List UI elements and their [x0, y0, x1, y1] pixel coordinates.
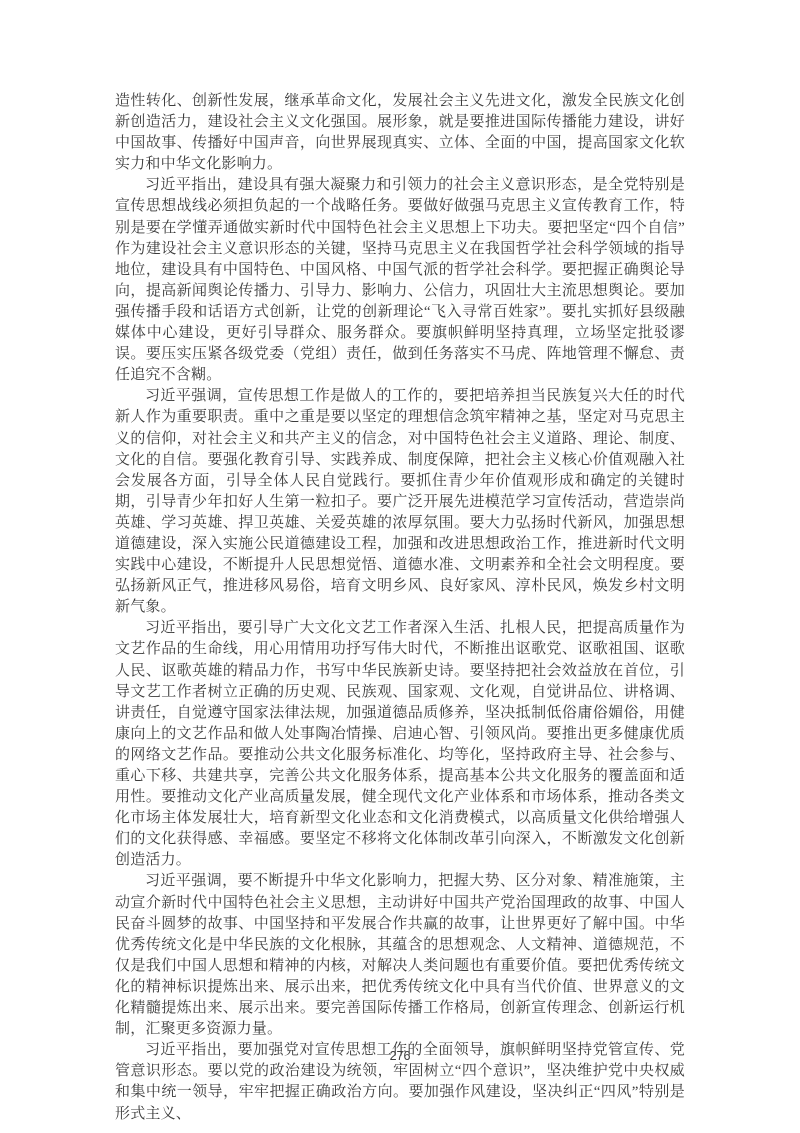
page-number: 276 [0, 1049, 800, 1063]
paragraph: 习近平指出，建设具有强大凝聚力和引领力的社会主义意识形态，是全党特别是宣传思想战… [115, 175, 685, 386]
document-page: 造性转化、创新性发展，继承革命文化，发展社会主义先进文化，激发全民族文化创新创造… [0, 0, 800, 1133]
paragraph: 习近平强调，要不断提升中华文化影响力，把握大势、区分对象、精准施策，主动宣介新时… [115, 871, 685, 1040]
paragraph: 造性转化、创新性发展，继承革命文化，发展社会主义先进文化，激发全民族文化创新创造… [115, 91, 685, 175]
paragraph: 习近平指出，要引导广大文化文艺工作者深入生活、扎根人民，把提高质量作为文艺作品的… [115, 618, 685, 871]
text-body: 造性转化、创新性发展，继承革命文化，发展社会主义先进文化，激发全民族文化创新创造… [115, 91, 685, 1125]
paragraph: 习近平强调，宣传思想工作是做人的工作的，要把培养担当民族复兴大任的时代新人作为重… [115, 386, 685, 618]
